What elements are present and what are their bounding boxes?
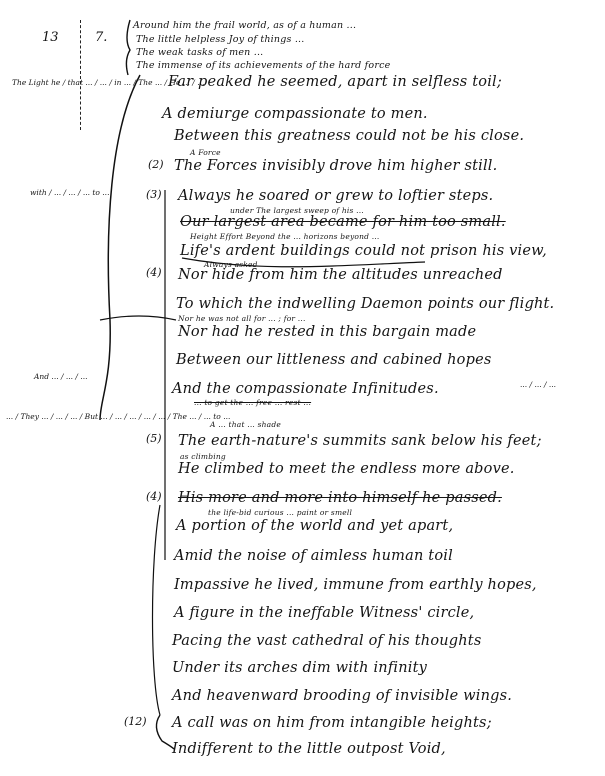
pen-strokes — [0, 0, 605, 776]
manuscript-page: 13 7. Around him the frail world, as of … — [0, 0, 605, 776]
